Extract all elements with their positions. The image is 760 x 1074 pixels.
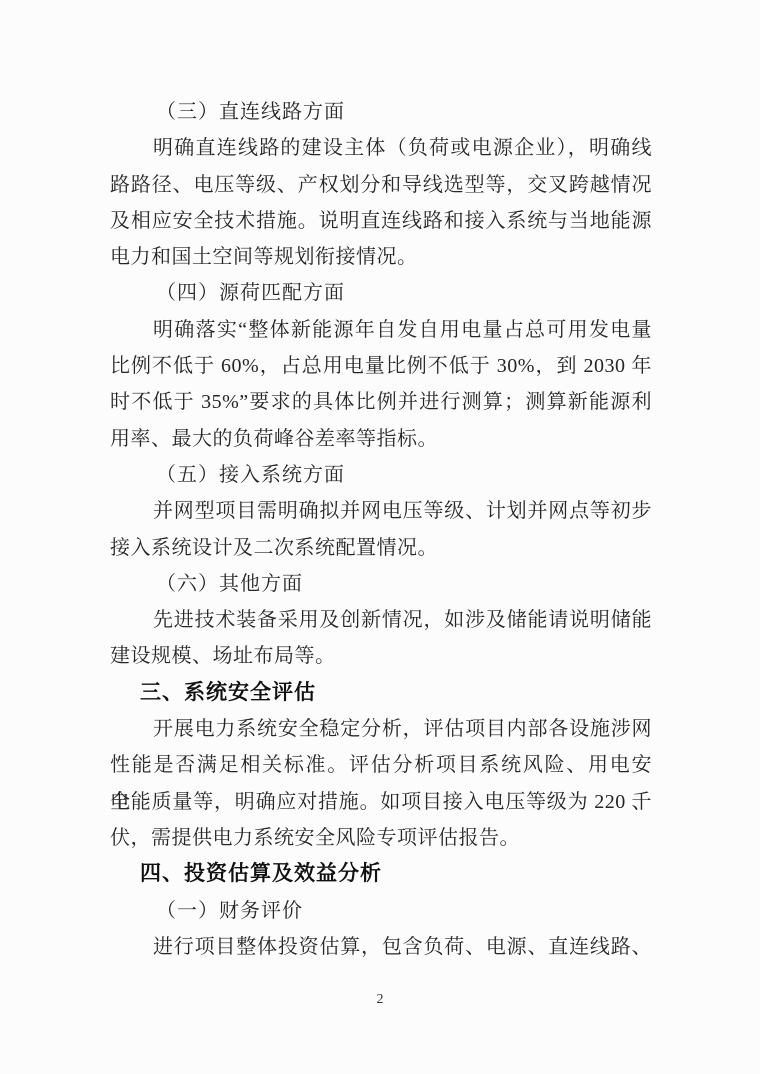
- text-line: 先进技术装备采用及创新情况，如涉及储能请说明储能: [110, 602, 652, 638]
- section-heading: 四、投资估算及效益分析: [110, 856, 652, 892]
- text-line: 性能是否满足相关标准。评估分析项目系统风险、用电安全、: [110, 747, 652, 783]
- text-line: 用率、最大的负荷峰谷差率等指标。: [110, 421, 652, 457]
- text-line: 并网型项目需明确拟并网电压等级、计划并网点等初步: [110, 493, 652, 529]
- subsection-heading: （三）直连线路方面: [110, 94, 652, 130]
- text-line: 建设规模、场址布局等。: [110, 638, 652, 674]
- subsection-heading: （五）接入系统方面: [110, 457, 652, 493]
- text-line: 电力和国土空间等规划衔接情况。: [110, 239, 652, 275]
- text-line: 开展电力系统安全稳定分析，评估项目内部各设施涉网: [110, 711, 652, 747]
- text-line: 明确落实“整体新能源年自发自用电量占总可用发电量: [110, 312, 652, 348]
- text-line: 伏，需提供电力系统安全风险专项评估报告。: [110, 820, 652, 856]
- text-line: 时不低于 35%”要求的具体比例并进行测算；测算新能源利: [110, 384, 652, 420]
- subsection-heading: （四）源荷匹配方面: [110, 275, 652, 311]
- text-line: 进行项目整体投资估算，包含负荷、电源、直连线路、: [110, 929, 652, 965]
- text-line: 明确直连线路的建设主体（负荷或电源企业），明确线: [110, 130, 652, 166]
- page-number: 2: [0, 992, 760, 1008]
- text-line: 接入系统设计及二次系统配置情况。: [110, 530, 652, 566]
- document-page: （三）直连线路方面明确直连线路的建设主体（负荷或电源企业），明确线路路径、电压等…: [0, 0, 760, 1074]
- text-line: 路路径、电压等级、产权划分和导线选型等，交叉跨越情况: [110, 167, 652, 203]
- text-line: 电能质量等，明确应对措施。如项目接入电压等级为 220 千: [110, 784, 652, 820]
- text-line: 及相应安全技术措施。说明直连线路和接入系统与当地能源: [110, 203, 652, 239]
- subsection-heading: （一）财务评价: [110, 893, 652, 929]
- document-text-block: （三）直连线路方面明确直连线路的建设主体（负荷或电源企业），明确线路路径、电压等…: [110, 94, 652, 965]
- text-line: 比例不低于 60%，占总用电量比例不低于 30%，到 2030 年: [110, 348, 652, 384]
- subsection-heading: （六）其他方面: [110, 566, 652, 602]
- section-heading: 三、系统安全评估: [110, 675, 652, 711]
